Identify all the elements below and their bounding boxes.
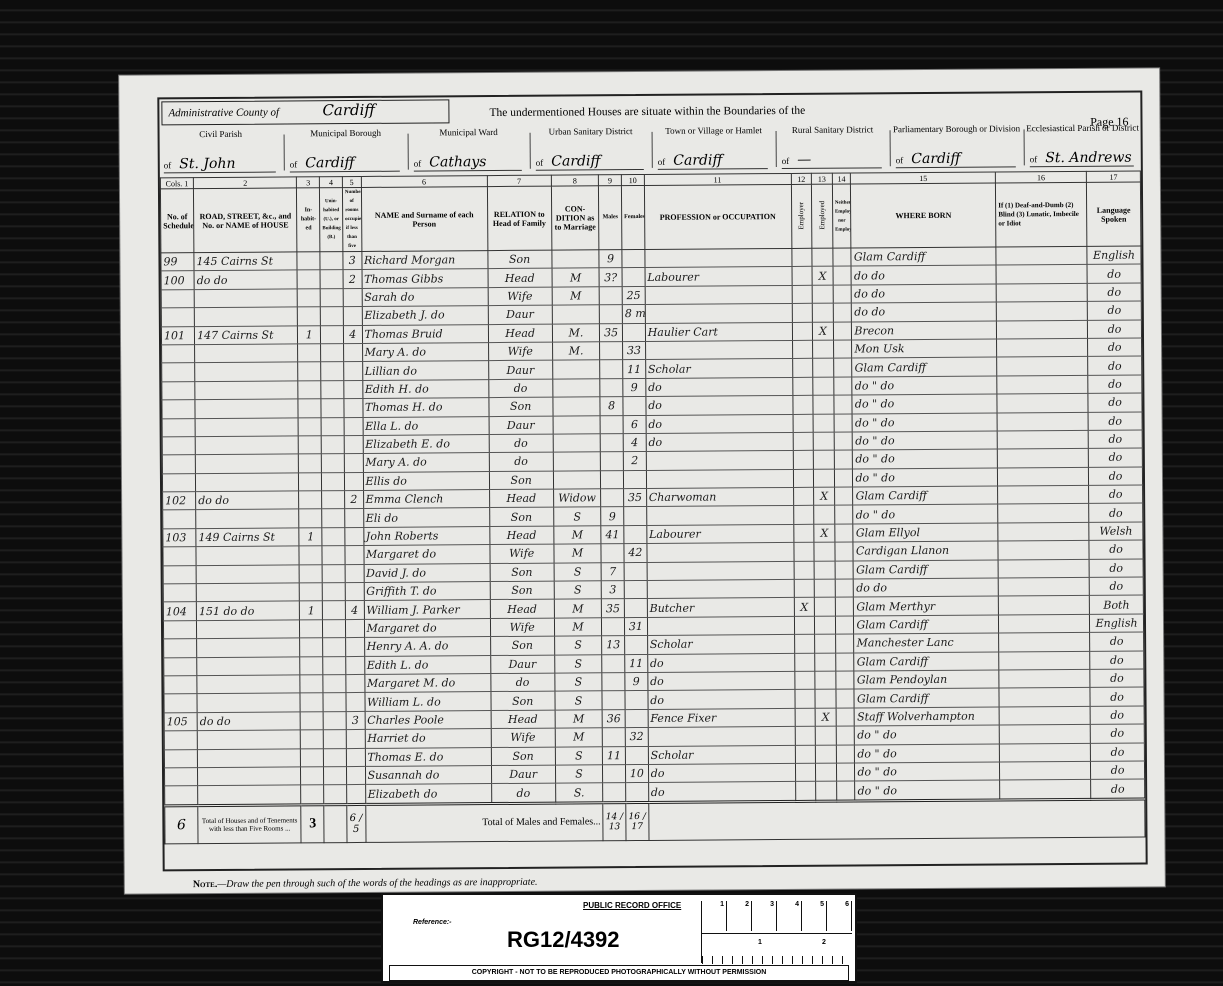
cell-employed [815,634,836,653]
cell-schedule [161,308,194,327]
cell-condition: M [552,287,600,306]
cell-language: do [1089,467,1143,486]
cell-name: Griffith T. do [364,582,490,601]
cell-rooms [344,399,363,418]
cell-relation: Son [490,636,554,655]
cell-occupation: do [647,653,794,672]
cell-schedule [162,363,195,382]
census-rows: 99145 Cairns St3Richard MorganSon9Glam C… [161,246,1145,806]
cell-female [623,470,646,489]
cell-employed [815,726,836,745]
cell-employed [812,248,833,267]
cell-male [603,765,626,784]
sheet-top-line: Administrative County of Cardiff The und… [159,93,1140,126]
cell-employer [793,414,814,433]
cell-female [624,599,647,618]
cell-employer [794,635,815,654]
cell-relation: Son [491,747,555,766]
cell-employer [792,285,813,304]
cell-schedule [164,694,197,713]
cell-schedule [162,437,195,456]
census-sheet: Administrative County of Cardiff The und… [119,68,1165,893]
cell-male: 3? [599,268,622,287]
cell-employed [815,653,836,672]
cell-language: do [1087,264,1141,283]
reference-label: Reference:- [413,919,452,926]
admin-county: Administrative County of Cardiff [161,99,449,125]
cell-relation: Wife [488,287,552,306]
cell-language: do [1088,320,1142,339]
cell-condition: S [554,562,602,581]
census-frame: Administrative County of Cardiff The und… [157,90,1147,871]
total-houses-label: Total of Houses and of Tenements with le… [198,805,302,844]
cell-female: 6 [623,415,646,434]
cell-relation: Wife [490,544,554,563]
cell-road [195,399,299,418]
cell-language: do [1088,356,1142,375]
cell-occupation: do [646,414,793,433]
cell-relation: Head [489,489,553,508]
cell-born: do do [852,284,997,303]
cell-condition [553,434,601,453]
cell-employed: X [814,524,835,543]
cell-occupation [646,469,793,488]
cell-schedule [162,381,195,400]
cell-inh [297,252,320,271]
cell-employer [795,763,816,782]
cell-inh [299,454,322,473]
cell-employed: X [815,708,836,727]
cell-name: Ella L. do [363,416,489,435]
cell-female [622,249,645,268]
cell-born: Glam Cardiff [851,247,996,266]
cell-rooms [346,638,365,657]
cell-rooms [346,730,365,749]
cell-name: Eli do [363,508,489,527]
cell-relation: Head [491,710,555,729]
cell-schedule: 102 [163,492,196,511]
cell-born: Glam Ellyol [853,523,998,542]
cell-employer [795,726,816,745]
district-civil-parish: Civil Parish ofSt. John [160,129,282,178]
cell-rooms [344,454,363,473]
cell-schedule: 103 [163,528,196,547]
cell-female: 31 [624,617,647,636]
cell-born: do " do [855,762,1000,781]
header-inhabited: In-habit-ed [297,188,320,252]
district-town-village: Town or Village or Hamlet ofCardiff [654,125,774,174]
cell-occupation: Scholar [647,635,794,654]
cell-relation: Wife [491,728,555,747]
cell-language: do [1087,283,1141,302]
cell-schedule [163,547,196,566]
cell-condition [553,397,601,416]
cell-schedule [164,657,197,676]
cell-condition: S [555,746,603,765]
cell-occupation: Haulier Cart [645,322,792,341]
cell-female [625,636,648,655]
cell-language: do [1090,632,1144,651]
cell-relation: Son [488,250,552,269]
cell-occupation [647,561,794,580]
cell-road [198,767,302,786]
cell-condition: S [555,765,603,784]
cell-inh [301,748,324,767]
cell-male: 11 [603,746,626,765]
cell-occupation: do [646,377,793,396]
cell-inh [298,362,321,381]
cell-relation: Head [488,324,552,343]
cell-female: 33 [623,341,646,360]
cell-condition: M. [552,323,600,342]
cell-language: English [1090,614,1144,633]
cell-employed [814,542,835,561]
cell-employer [793,506,814,525]
cell-name: Susannah do [365,765,491,784]
cell-relation: Daur [489,416,553,435]
cell-occupation: do [646,432,793,451]
cell-inh [300,675,323,694]
cell-language: do [1088,375,1142,394]
cell-employed [813,432,834,451]
cell-occupation: Charwoman [646,488,793,507]
cell-relation: do [488,379,552,398]
header-employed: Employed [818,201,827,230]
cell-rooms [346,748,365,767]
cell-born: Glam Merthyr [854,596,999,615]
cell-employed [813,359,834,378]
cell-road [196,546,300,565]
district-rural-sanitary: Rural Sanitary District of— [778,124,888,173]
cell-schedule [164,749,197,768]
cell-born: Cardigan Llanon [853,541,998,560]
cell-schedule [163,510,196,529]
cell-name: Charles Poole [365,710,491,729]
cell-female [624,525,647,544]
cell-name: Elizabeth E. do [363,434,489,453]
cell-name: Thomas E. do [365,747,491,766]
cell-inh [301,767,324,786]
cell-occupation [645,340,792,359]
cell-employer [795,782,816,802]
cell-condition: M [554,526,602,545]
cell-inh [300,638,323,657]
cell-condition: M [554,544,602,563]
cell-rooms [346,766,365,785]
header-females: Females [621,185,644,249]
cell-name: Thomas H. do [362,398,488,417]
admin-county-value: Cardiff [322,101,375,119]
cell-occupation: Fence Fixer [648,708,795,727]
totals-row: 6 Total of Houses and of Tenements with … [165,799,1145,844]
cell-road [197,675,301,694]
cell-name: Mary A. do [363,453,489,472]
cell-employer [794,561,815,580]
cell-employer [794,579,815,598]
cell-road [194,307,298,326]
cell-schedule [164,676,197,695]
cell-born: Manchester Lanc [854,633,999,652]
cell-employer: X [794,598,815,617]
cell-schedule: 100 [161,271,194,290]
cell-relation: Son [489,508,553,527]
cell-inh [298,380,321,399]
cell-schedule: 101 [161,326,194,345]
cell-condition [553,452,601,471]
cell-occupation: do [648,690,795,709]
cell-language: do [1090,669,1144,688]
cell-road [196,565,300,584]
cell-rooms [346,693,365,712]
cell-schedule [164,768,197,787]
cell-female [625,746,648,765]
cell-male [601,544,624,563]
cell-employed [814,561,835,580]
cell-occupation [645,304,792,323]
cell-name: Edith L. do [364,655,490,674]
cell-relation: Wife [490,618,554,637]
cell-employer [793,432,814,451]
cell-employed [814,469,835,488]
cell-language: do [1088,412,1142,431]
cell-female: 10 [625,764,648,783]
cell-born: do " do [853,431,998,450]
cell-employer [792,395,813,414]
cell-condition: Widow [553,489,601,508]
header-where-born: WHERE BORN [851,183,996,248]
cell-language: do [1088,338,1142,357]
cell-inh [299,491,322,510]
cell-rooms: 4 [345,601,364,620]
cell-born: do " do [855,725,1000,744]
cell-male [601,470,624,489]
cell-language: do [1088,448,1142,467]
public-record-office-stamp: PUBLIC RECORD OFFICE Reference:- RG12/43… [381,893,857,983]
cell-born: Glam Cardiff [854,615,999,634]
cell-road [198,785,302,805]
cell-name: Ellis do [363,471,489,490]
header-occupation: PROFESSION or OCCUPATION [644,184,791,249]
cell-condition: M [555,728,603,747]
cell-condition: S [554,654,602,673]
header-males: Males [599,186,622,250]
cell-born: Glam Cardiff [853,486,998,505]
cell-relation: do [490,673,554,692]
district-ecclesiastical: Ecclesiastical Parish or District ofSt. … [1026,123,1140,172]
cell-schedule: 104 [163,602,196,621]
cell-employer [792,377,813,396]
header-road: ROAD, STREET, &c., and No. or NAME of HO… [194,188,298,253]
office-label: PUBLIC RECORD OFFICE [583,901,681,910]
cell-schedule [165,786,198,806]
cell-female: 42 [624,544,647,563]
cell-female [625,691,648,710]
cell-male [599,286,622,305]
cell-male: 3 [601,581,624,600]
cell-male: 41 [601,525,624,544]
cell-road: do do [197,712,301,731]
cell-female: 25 [622,286,645,305]
cell-inh [301,711,324,730]
cell-employer [792,267,813,286]
header-relation: RELATION to Head of Family [487,186,552,250]
cell-employer [794,671,815,690]
cell-occupation [647,616,794,635]
cell-employed [816,781,837,801]
cell-condition: M [554,599,602,618]
total-males: 14 / 13 [603,802,626,840]
total-rooms: 6 / 5 [347,804,366,842]
cell-name: Harriet do [365,729,491,748]
cell-employer [794,690,815,709]
cell-employed [815,616,836,635]
cell-name: John Roberts [363,526,489,545]
cell-relation: Son [489,397,553,416]
cell-language: do [1089,577,1143,596]
cell-name: Thomas Gibbs [362,269,488,288]
cell-female: 11 [623,360,646,379]
cell-road: do do [194,270,298,289]
cell-condition [553,415,601,434]
cell-rooms [345,564,364,583]
cell-language: do [1090,687,1144,706]
cell-rooms [343,288,362,307]
cell-rooms: 4 [343,325,362,344]
cell-road: 151 do do [196,601,300,620]
cell-inh [299,546,322,565]
cell-condition [552,305,600,324]
cell-condition [552,379,600,398]
cell-road: 145 Cairns St [194,252,298,271]
cell-rooms [343,307,362,326]
cell-occupation [646,451,793,470]
cell-born: do " do [853,504,998,523]
cell-road [194,289,298,308]
cell-road [195,362,299,381]
cell-employer [794,616,815,635]
cell-born: do " do [853,449,998,468]
cell-female [624,507,647,526]
cell-employed [813,414,834,433]
cell-female [626,783,649,803]
cell-inh [298,307,321,326]
cell-rooms: 2 [343,270,362,289]
cell-condition: S [554,636,602,655]
cell-male: 9 [601,507,624,526]
cell-male [602,617,625,636]
cell-occupation: Scholar [648,745,795,764]
cell-inh: 1 [299,528,322,547]
cell-employed [813,395,834,414]
cell-male [600,378,623,397]
cell-born: do " do [852,413,997,432]
header-rooms: Number of rooms occupied if less than fi… [342,187,361,251]
cell-born: Brecon [852,321,997,340]
cell-male [600,415,623,434]
district-municipal-borough: Municipal Borough ofCardiff [286,128,406,177]
cell-relation: Head [490,600,554,619]
cell-road: do do [196,491,300,510]
cell-relation: Son [491,691,555,710]
cell-condition: S [554,581,602,600]
cell-rooms [344,417,363,436]
cell-female [624,580,647,599]
cell-relation: Head [489,526,553,545]
cell-male [600,360,623,379]
cell-name: William L. do [364,692,490,711]
header-schedule: No. of Schedule [160,189,194,253]
header-language: Language Spoken [1087,182,1141,246]
cell-employer [792,322,813,341]
reference-number: RG12/4392 [507,927,620,953]
cell-rooms [345,582,364,601]
cell-inh [301,785,324,805]
cell-rooms: 2 [344,491,363,510]
cell-name: Elizabeth do [365,784,491,804]
cell-road [197,620,301,639]
cell-road [195,436,299,455]
cell-employed [813,450,834,469]
cell-employer [792,359,813,378]
cell-relation: Daur [488,305,552,324]
cell-road [197,656,301,675]
copyright-notice: COPYRIGHT - NOT TO BE REPRODUCED PHOTOGR… [389,965,849,981]
cell-employer [795,745,816,764]
cell-relation: Son [490,563,554,582]
cell-occupation [645,285,792,304]
cell-condition [552,360,600,379]
cell-name: Edith H. do [362,379,488,398]
cell-rooms [345,527,364,546]
cell-language: English [1087,246,1141,265]
cell-occupation: do [648,671,795,690]
cell-schedule [162,418,195,437]
cell-born: do do [851,265,996,284]
cell-relation: Daur [491,765,555,784]
cell-condition: S. [555,783,603,803]
cell-born: do do [854,578,999,597]
cell-schedule [162,473,195,492]
cell-rooms [345,509,364,528]
cell-road [196,509,300,528]
cell-relation: do [491,783,555,803]
cell-name: Emma Clench [363,490,489,509]
cell-language: Welsh [1089,522,1143,541]
cell-road [196,583,300,602]
cell-rooms [345,619,364,638]
cell-condition [552,250,600,269]
cell-employed [816,763,837,782]
cell-inh: 1 [300,601,323,620]
cell-male: 7 [601,562,624,581]
cell-inh [297,270,320,289]
cell-born: do " do [855,744,1000,763]
cell-rooms [344,435,363,454]
cell-rooms [344,380,363,399]
cell-born: do " do [852,376,997,395]
cell-male [600,434,623,453]
cell-occupation [648,727,795,746]
cell-employed: X [814,487,835,506]
cell-employer [792,303,813,322]
cell-occupation [646,506,793,525]
cell-rooms [345,546,364,565]
header-name: NAME and Surname of each Person [361,187,488,252]
cell-male [603,783,626,803]
header-neither: Neither Employer nor Employed [832,184,851,248]
cell-born: Glam Cardiff [853,560,998,579]
total-schedules: 6 [165,805,198,843]
